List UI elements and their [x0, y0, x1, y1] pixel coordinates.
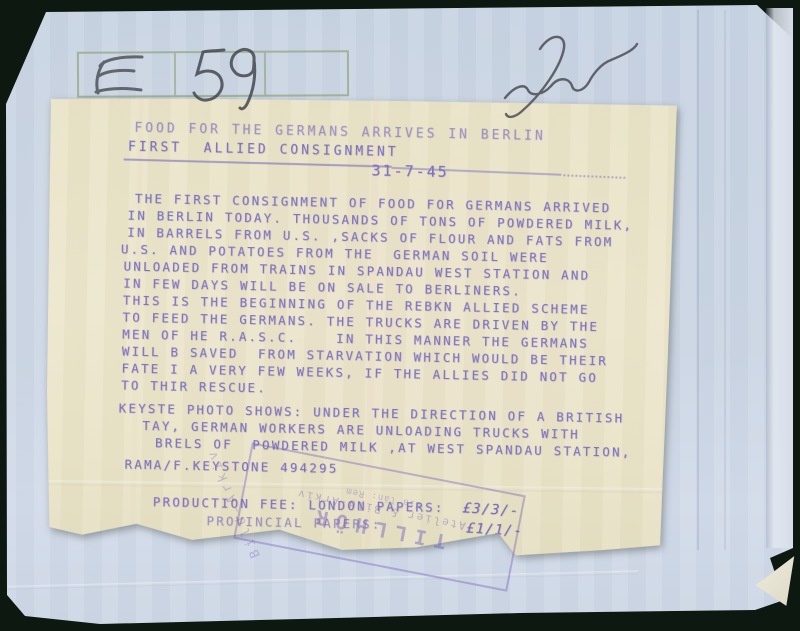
backing-crease-vertical	[724, 10, 726, 550]
typed-line: TO THIR RESCUE.	[121, 377, 267, 395]
date-rule-dashes	[563, 174, 625, 179]
photo-caption-back: FOOD FOR THE GERMANS ARRIVES IN BERLIN F…	[0, 0, 800, 631]
caption-date: 31-7-45	[371, 161, 449, 181]
title-underline	[124, 158, 392, 167]
grading-box-divider	[264, 53, 266, 95]
grading-box-divider	[174, 53, 176, 95]
caption-title-line2: FIRST ALLIED CONSIGNMENT	[128, 140, 399, 160]
backing-card-right-edge	[766, 8, 793, 548]
backing-crease-vertical	[697, 10, 699, 550]
grading-box	[77, 50, 349, 97]
